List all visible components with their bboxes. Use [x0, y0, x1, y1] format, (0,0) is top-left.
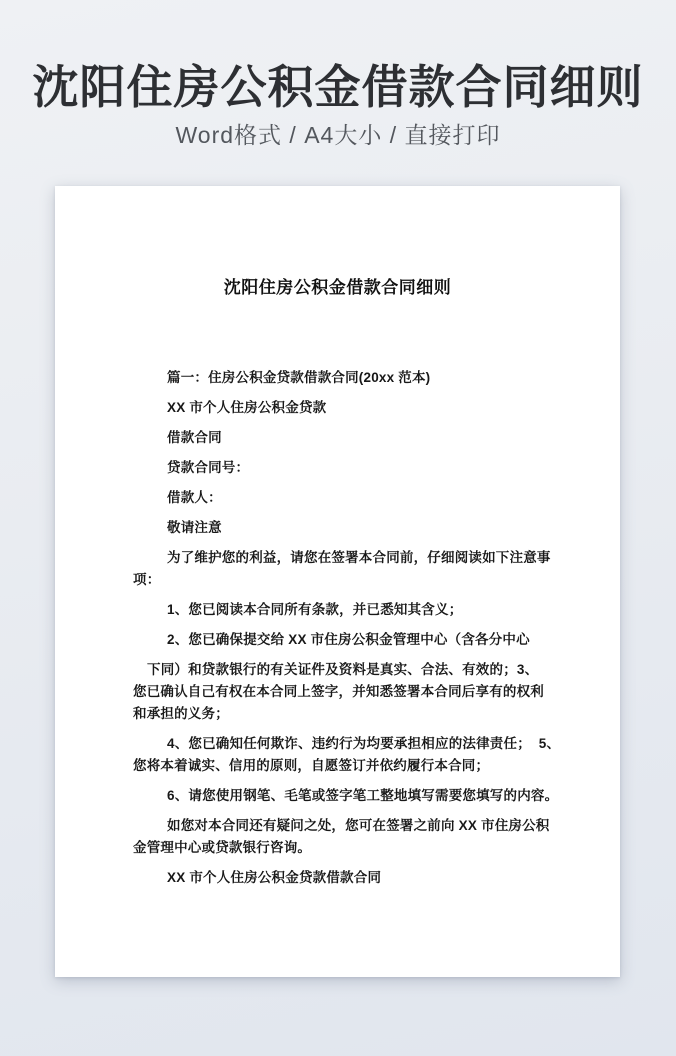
document-line: 借款人：	[167, 490, 222, 505]
document-line: 为了维护您的利益，请您在签署本合同前，仔细阅读如下注意事	[167, 550, 551, 565]
document-line: 6、请您使用钢笔、毛笔或签字笔工整地填写需要您填写的内容。	[167, 788, 558, 803]
document-line: 贷款合同号：	[167, 460, 249, 475]
document-line: 1、您已阅读本合同所有条款，并已悉知其含义；	[167, 602, 462, 617]
document-line: 您将本着诚实、信用的原则，自愿签订并依约履行本合同；	[133, 758, 489, 773]
document-line: 项：	[133, 572, 160, 587]
document-page: 沈阳住房公积金借款合同细则 篇一：住房公积金贷款借款合同(20xx 范本)XX …	[55, 186, 620, 977]
poster-background: 沈阳住房公积金借款合同细则 Word格式 / A4大小 / 直接打印 沈阳住房公…	[0, 0, 676, 1056]
document-line: 借款合同	[167, 430, 222, 445]
document-title: 沈阳住房公积金借款合同细则	[55, 278, 620, 297]
document-line: 4、您已确知任何欺诈、违约行为均要承担相应的法律责任； 5、	[167, 736, 560, 751]
document-line: 篇一：住房公积金贷款借款合同(20xx 范本)	[167, 370, 430, 385]
document-line: 如您对本合同还有疑问之处，您可在签署之前向 XX 市住房公积	[167, 818, 550, 833]
document-line: XX 市个人住房公积金贷款借款合同	[167, 870, 381, 885]
document-line: 敬请注意	[167, 520, 222, 535]
document-line: 和承担的义务；	[133, 706, 229, 721]
document-line: 2、您已确保提交给 XX 市住房公积金管理中心（含各分中心	[167, 632, 530, 647]
document-line: XX 市个人住房公积金贷款	[167, 400, 326, 415]
document-line: 下同）和贷款银行的有关证件及资料是真实、合法、有效的；3、	[147, 662, 538, 677]
document-line: 金管理中心或贷款银行咨询。	[133, 840, 311, 855]
document-line: 您已确认自己有权在本合同上签字，并知悉签署本合同后享有的权利	[133, 684, 544, 699]
poster-subtitle: Word格式 / A4大小 / 直接打印	[0, 122, 676, 148]
poster-title: 沈阳住房公积金借款合同细则	[0, 62, 676, 112]
